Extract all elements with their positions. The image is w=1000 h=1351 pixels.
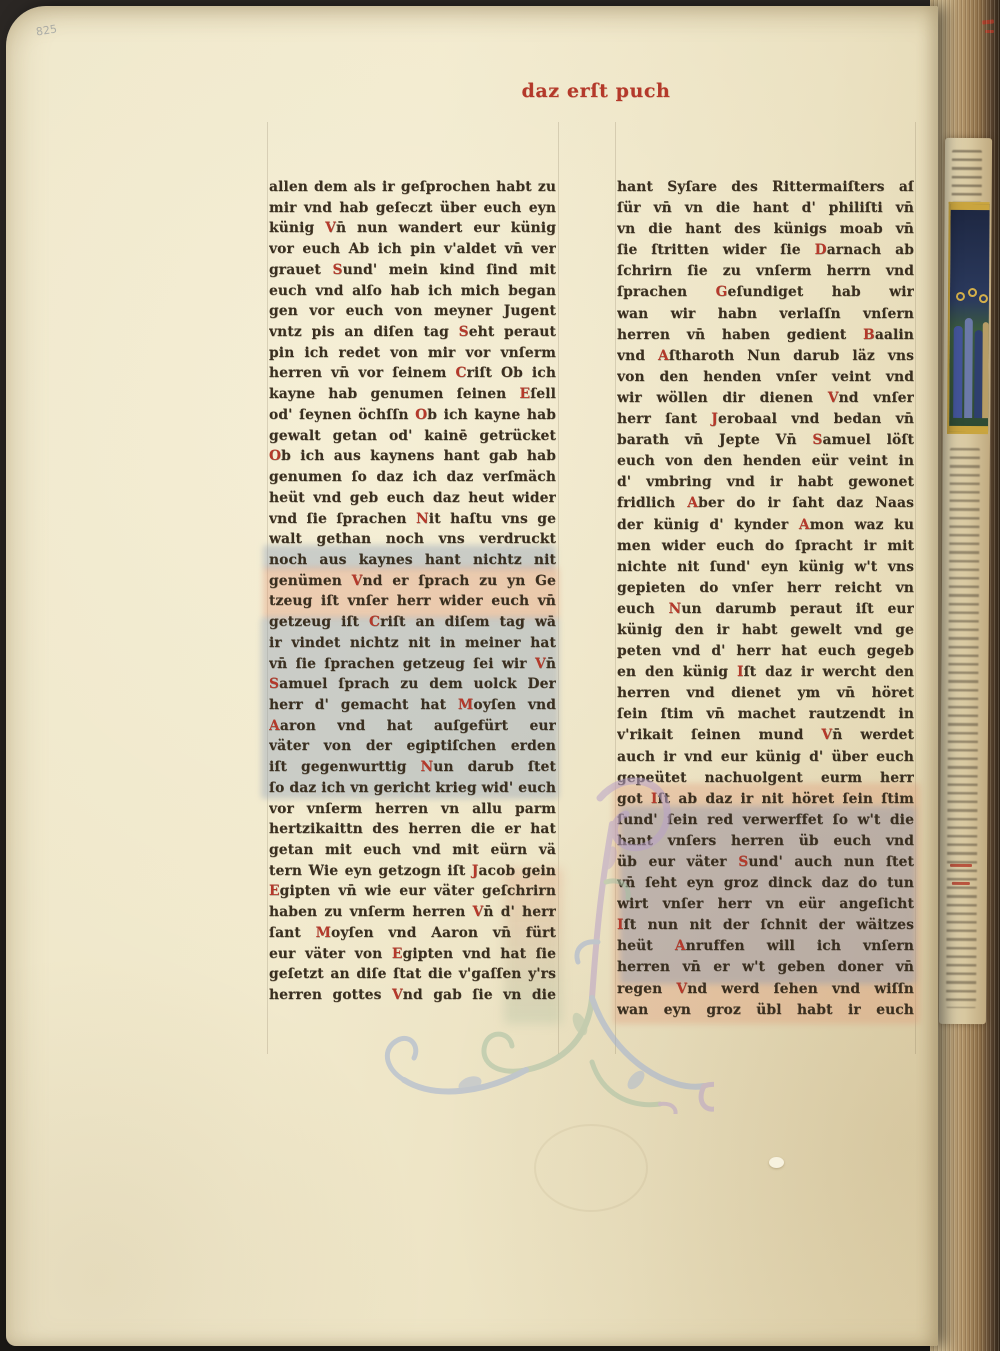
- text-line: heüt vnd geb euch daz heut wider: [269, 488, 556, 509]
- text-line: nichte nit ſund' eyn künig w't vns: [617, 557, 914, 578]
- text-line: ſchrirn ſie zu vnſerm herrn vnd: [617, 261, 914, 282]
- text-line: walt gethan noch vns verdruckt: [269, 529, 556, 550]
- parchment-hole: [769, 1157, 784, 1168]
- rubricated-initial: D: [815, 242, 827, 258]
- rubricated-initial: C: [369, 614, 380, 630]
- red-text-sliver: [952, 882, 970, 885]
- rubricated-initial: A: [658, 348, 669, 364]
- rubricated-initial: N: [669, 601, 682, 617]
- book-fore-edge: [930, 0, 1000, 1351]
- text-line: barath vn̄ Jepte Vn̄ Samuel löſt: [617, 430, 914, 451]
- partial-text-sliver: [952, 150, 982, 202]
- text-line: herren vnd dienet ym vn̄ höret: [617, 683, 914, 704]
- text-line: getzeug iſt Criſt an diſem tag wā: [269, 612, 556, 633]
- text-line: peten vnd d' herr hat euch gegeb: [617, 641, 914, 662]
- foliate-flourish: [374, 762, 714, 1114]
- text-line: vn die hant des künigs moab vn̄: [617, 219, 914, 240]
- text-line: von den henden vnſer veint vnd: [617, 367, 914, 388]
- text-line: herren vn̄ vor ſeinem Criſt Ob ich: [269, 363, 556, 384]
- red-text-sliver: [950, 864, 972, 867]
- gold-halo: [979, 294, 988, 303]
- rubricated-initial: V: [352, 573, 363, 589]
- partial-text-sliver: [946, 448, 980, 1008]
- text-line: vnd ſie ſprachen Nit haſtu vns ge: [269, 509, 556, 530]
- text-line: allen dem als ir geſprochen habt zu: [269, 177, 556, 198]
- text-line: wir wöllen dir dienen Vnd vnſer: [617, 388, 914, 409]
- text-line: gen vor euch von meyner Jugent: [269, 301, 556, 322]
- running-title: daz erſt puch: [260, 80, 932, 102]
- rubricated-initial: A: [269, 718, 280, 734]
- rubricated-initial: V: [828, 390, 839, 406]
- rubricated-initial: V: [535, 656, 546, 672]
- rubricated-initial: N: [416, 511, 429, 527]
- text-line: ſie ſtritten wider ſie Darnach ab: [617, 240, 914, 261]
- rubricated-initial: I: [737, 664, 744, 680]
- text-line: euch vnd alſo hab ich mich began: [269, 281, 556, 302]
- text-line: grauet Sund' mein kind ſind mit: [269, 260, 556, 281]
- figure-robe-tan: [982, 322, 989, 418]
- text-line: herr ſant Jerobaal vnd bedan vn̄: [617, 409, 914, 430]
- gold-frame-band: [949, 426, 988, 432]
- text-line: genümen Vnd er ſprach zu yn Ge: [269, 571, 556, 592]
- rubricated-initial: S: [812, 432, 822, 448]
- figure-robe-blue: [953, 326, 963, 418]
- rubricated-initial: M: [458, 697, 473, 713]
- text-line: en den künig Iſt daz ir wercht den: [617, 662, 914, 683]
- rubricated-initial: S: [269, 676, 279, 692]
- text-line: Samuel ſprach zu dem uolck Der: [269, 674, 556, 695]
- rubricated-initial: G: [716, 284, 728, 300]
- gold-frame-band: [951, 204, 990, 210]
- text-line: pin ich redet von mir vor vnſerm: [269, 343, 556, 364]
- miniature-sliver: [947, 202, 990, 434]
- rubricated-initial: B: [863, 327, 875, 343]
- text-line: ſür vn̄ vn die hant d' philiſti vn̄: [617, 198, 914, 219]
- text-line: vntz pis an diſen tag Seht peraut: [269, 322, 556, 343]
- red-title-sliver: [985, 30, 994, 33]
- text-line: d' vmbring vnd ir habt gewonet: [617, 472, 914, 493]
- rubricated-initial: E: [269, 883, 280, 899]
- text-line: herr d' gemacht hat Moyſen vnd: [269, 695, 556, 716]
- rubricated-initial: J: [711, 411, 718, 427]
- rubricated-initial: C: [455, 365, 466, 381]
- text-line: wan wir habn verlaſſn vnſern: [617, 304, 914, 325]
- text-line: vor euch Ab ich pin v'aldet vn̄ ver: [269, 239, 556, 260]
- foliation-number: 825: [35, 22, 58, 38]
- text-line: ſprachen Geſundiget hab wir: [617, 282, 914, 303]
- text-line: künig Vn̄ nun wandert eur künig: [269, 218, 556, 239]
- text-line: Ob ich aus kaynens hant gab hab: [269, 446, 556, 467]
- rubricated-initial: S: [738, 854, 748, 870]
- text-line: gewalt getan od' kainē getrücket: [269, 426, 556, 447]
- figure-robe-slate: [964, 318, 973, 418]
- text-line: od' ſeynen öchſſn Ob ich kayne hab: [269, 405, 556, 426]
- text-line: künig den ir habt gewelt vnd ge: [617, 620, 914, 641]
- rubricated-initial: S: [333, 262, 343, 278]
- text-line: vnd Aſtharoth Nun darub läz vns: [617, 346, 914, 367]
- rubricated-initial: V: [325, 220, 336, 236]
- text-line: noch aus kaynes hant nichtz nit: [269, 550, 556, 571]
- text-line: väter von der egiptiſchen erden: [269, 736, 556, 757]
- text-line: kayne hab genumen ſeinen Eſell: [269, 384, 556, 405]
- red-title-sliver: [982, 19, 994, 24]
- rubricated-initial: O: [415, 407, 427, 423]
- rubricated-initial: V: [821, 727, 832, 743]
- text-line: v'rikait ſeinen mund Vn̄ werdet: [617, 725, 914, 746]
- rubricated-initial: M: [316, 925, 331, 941]
- text-line: euch Nun darumb peraut iſt eur: [617, 599, 914, 620]
- gold-halo: [968, 288, 977, 297]
- text-line: ſein ſtim vn̄ machet rautzendt in: [617, 704, 914, 725]
- text-line: tzeug iſt vnſer herr wider euch vn̄: [269, 591, 556, 612]
- rubricated-initial: A: [799, 517, 810, 533]
- text-line: men wider euch do ſpracht ir mit: [617, 536, 914, 557]
- text-line: euch von den henden eür veint in: [617, 451, 914, 472]
- text-line: Aaron vnd hat auſgefürt eur: [269, 716, 556, 737]
- rubricated-initial: E: [520, 386, 531, 402]
- text-line: hant Syſare des Rittermaiſters aſ: [617, 177, 914, 198]
- manuscript-page: 825 daz erſt puch allen dem als ir geſpr…: [6, 6, 938, 1346]
- rubricated-initial: O: [269, 448, 281, 464]
- gold-halo: [956, 292, 965, 301]
- text-line: fridlich Aber do ir ſaht daz Naas: [617, 493, 914, 514]
- text-line: vn̄ ſie ſprachen getzeug ſei wir Vn̄: [269, 654, 556, 675]
- text-line: genumen ſo daz ich daz verſmäch: [269, 467, 556, 488]
- text-line: gepieten do vnſer herr reicht vn: [617, 578, 914, 599]
- faint-stain: [534, 1124, 648, 1212]
- text-line: ir vindet nichtz nit in meiner hat: [269, 633, 556, 654]
- next-leaf-sliver: [939, 138, 992, 1024]
- rubricated-initial: A: [687, 495, 698, 511]
- rubricated-initial: S: [459, 324, 469, 340]
- text-line: herren vn̄ haben gedient Baalin: [617, 325, 914, 346]
- manuscript-photo: 825 daz erſt puch allen dem als ir geſpr…: [0, 0, 1000, 1351]
- text-line: der künig d' kynder Amon waz ku: [617, 515, 914, 536]
- text-line: mir vnd hab geſeczt über euch eyn: [269, 198, 556, 219]
